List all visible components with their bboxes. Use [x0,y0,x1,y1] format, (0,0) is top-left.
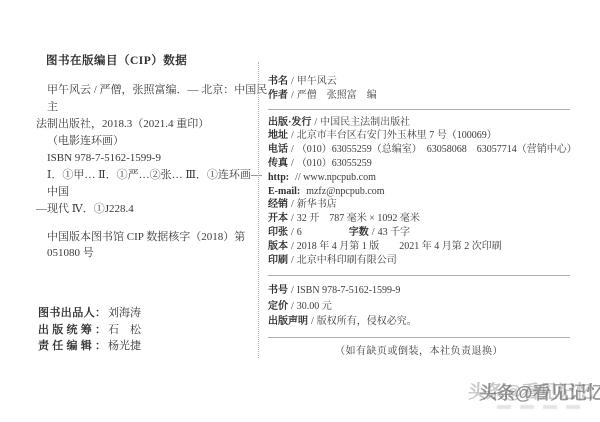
row-value: mzfz@npcpub.com [306,186,384,197]
cip-title: 图书在版编目（CIP）数据 [46,52,268,68]
row-label: 出版·发行 [268,117,311,128]
row-separator: / [288,241,297,252]
colophon-row-distributor: 经销/新华书店 [268,198,570,212]
row-label: 定价 [268,301,288,312]
staff-label: 出版统筹： [38,322,106,339]
row-value: 2018 年 4 月第 1 版 2021 年 4 月第 2 次印刷 [297,241,502,252]
row-label: 电话 [268,144,288,155]
cip-isbn: ISBN 978-7-5162-1599-9 [36,150,268,167]
staff-row-coordinator: 出版统筹：石 松 [38,322,141,339]
row-label: E-mail: [268,186,300,197]
colophon-row-phone: 电话/（010）63055259（总编室） 63058068 63057714（… [268,143,570,157]
row-value: 新华书店 [297,199,337,210]
cip-classification: Ⅰ．①甲… Ⅱ．①严…②张… Ⅲ．①连环画—中国 —现代 Ⅳ．①J228.4 [36,167,268,218]
row-label: 传真 [268,158,288,169]
colophon-row-isbn: 书号/ISBN 978-7-5162-1599-9 [268,283,570,298]
cip-section: 图书在版编目（CIP）数据 甲午风云 / 严僧，张照富编．— 北京：中国民主 法… [36,52,268,261]
row-label: 开本 [268,213,288,224]
row-label: 印刷 [268,255,288,266]
row-label: 书号 [268,285,288,296]
row-separator: / [288,213,297,224]
colophon-row-title: 书名/甲午风云 [268,75,570,89]
row-label: 经销 [268,199,288,210]
row-value: 版权所有，侵权必究。 [317,316,417,327]
row-label: 出版声明 [268,316,308,327]
row-value: 32 开 787 毫米 × 1092 毫米 [297,213,420,224]
row-label: 版本 [268,241,288,252]
column-divider [258,62,259,358]
cip-description: 甲午风云 / 严僧，张照富编．— 北京：中国民主 法制出版社，2018.3（20… [36,82,268,167]
row-value: 严僧 张照富 编 [297,90,377,101]
colophon-row-publisher: 出版·发行/中国民主法制出版社 [268,116,570,130]
colophon-row-address: 地址/北京市丰台区右安门外玉林里 7 号（100069） [268,129,570,143]
colophon: 书名/甲午风云 作者/严僧 张照富 编 出版·发行/中国民主法制出版社 地址/北… [268,75,570,359]
watermark-text-dark: 头条@看见记忆 [479,379,600,405]
row-separator: / [308,316,317,327]
cip-description-line-1: 甲午风云 / 严僧，张照富编．— 北京：中国民主 [36,82,268,116]
cip-record-number: 中国版本图书馆 CIP 数据核字（2018）第 051080 号 [36,229,268,261]
row-separator: / [288,144,297,155]
row-value: ISBN 978-7-5162-1599-9 [297,285,401,296]
row-separator: / [288,130,297,141]
horizontal-rule [268,275,570,276]
row-label: 印张 [268,227,288,238]
row-separator: / [311,117,320,128]
row-value: // www.npcpub.com [295,172,376,183]
row-value: （010）63055259 [297,158,372,169]
watermark-artifact [497,405,585,409]
colophon-row-edition: 版本/2018 年 4 月第 1 版 2021 年 4 月第 2 次印刷 [268,240,570,254]
staff-value: 石 松 [106,324,141,336]
row-value-2: 43 千字 [378,227,411,238]
cip-series-note: （电影连环画） [36,133,268,150]
colophon-row-website: http:// www.npcpub.com [268,171,570,185]
colophon-row-sheets-wordcount: 印张/6字数/43 千字 [268,226,570,240]
staff-label: 图书出品人： [38,305,106,322]
staff-credits: 图书出品人：刘海涛 出版统筹：石 松 责任编辑：杨光捷 [38,305,141,355]
colophon-row-email: E-mail:mzfz@npcpub.com [268,185,570,199]
staff-row-editor: 责任编辑：杨光捷 [38,338,141,355]
colophon-row-format: 开本/32 开 787 毫米 × 1092 毫米 [268,212,570,226]
book-copyright-page: 图书在版编目（CIP）数据 甲午风云 / 严僧，张照富编．— 北京：中国民主 法… [0,0,600,422]
staff-label: 责任编辑： [38,338,106,355]
return-policy-note: （如有缺页或倒装，本社负责退换） [268,345,570,359]
cip-description-line-2: 法制出版社，2018.3（2021.4 重印） [36,116,268,133]
row-value: 中国民主法制出版社 [320,117,410,128]
staff-value: 刘海涛 [106,307,141,319]
row-label: 书名 [268,76,288,87]
staff-value: 杨光捷 [106,340,141,352]
row-label: 地址 [268,130,288,141]
row-separator: / [288,90,297,101]
colophon-row-copyright: 出版声明/版权所有，侵权必究。 [268,314,570,329]
row-separator: / [288,285,297,296]
row-separator: / [288,255,297,266]
row-separator: / [288,199,297,210]
row-value: （010）63055259（总编室） 63058068 63057714（营销中… [297,144,577,155]
row-separator: / [288,301,297,312]
row-separator: / [288,158,297,169]
row-value: 6 [297,226,349,240]
row-value: 北京市丰台区右安门外玉林里 7 号（100069） [297,130,497,141]
colophon-row-price: 定价/30.00 元 [268,299,570,314]
row-separator-2: / [369,227,378,238]
row-label: 作者 [268,90,288,101]
row-value: 北京中科印刷有限公司 [297,255,397,266]
colophon-row-fax: 传真/（010）63055259 [268,157,570,171]
row-label: http: [268,172,289,183]
cip-class-line-1: Ⅰ．①甲… Ⅱ．①严…②张… Ⅲ．①连环画—中国 [36,167,268,201]
colophon-row-printer: 印刷/北京中科印刷有限公司 [268,254,570,268]
row-value: 30.00 元 [297,301,332,312]
row-separator: / [288,227,297,238]
row-label-2: 字数 [349,227,369,238]
staff-row-producer: 图书出品人：刘海涛 [38,305,141,322]
row-separator: / [288,76,297,87]
cip-class-line-2: —现代 Ⅳ．①J228.4 [36,201,268,218]
horizontal-rule [268,337,570,338]
horizontal-rule [268,109,570,110]
colophon-row-author: 作者/严僧 张照富 编 [268,89,570,103]
row-value: 甲午风云 [297,76,337,87]
